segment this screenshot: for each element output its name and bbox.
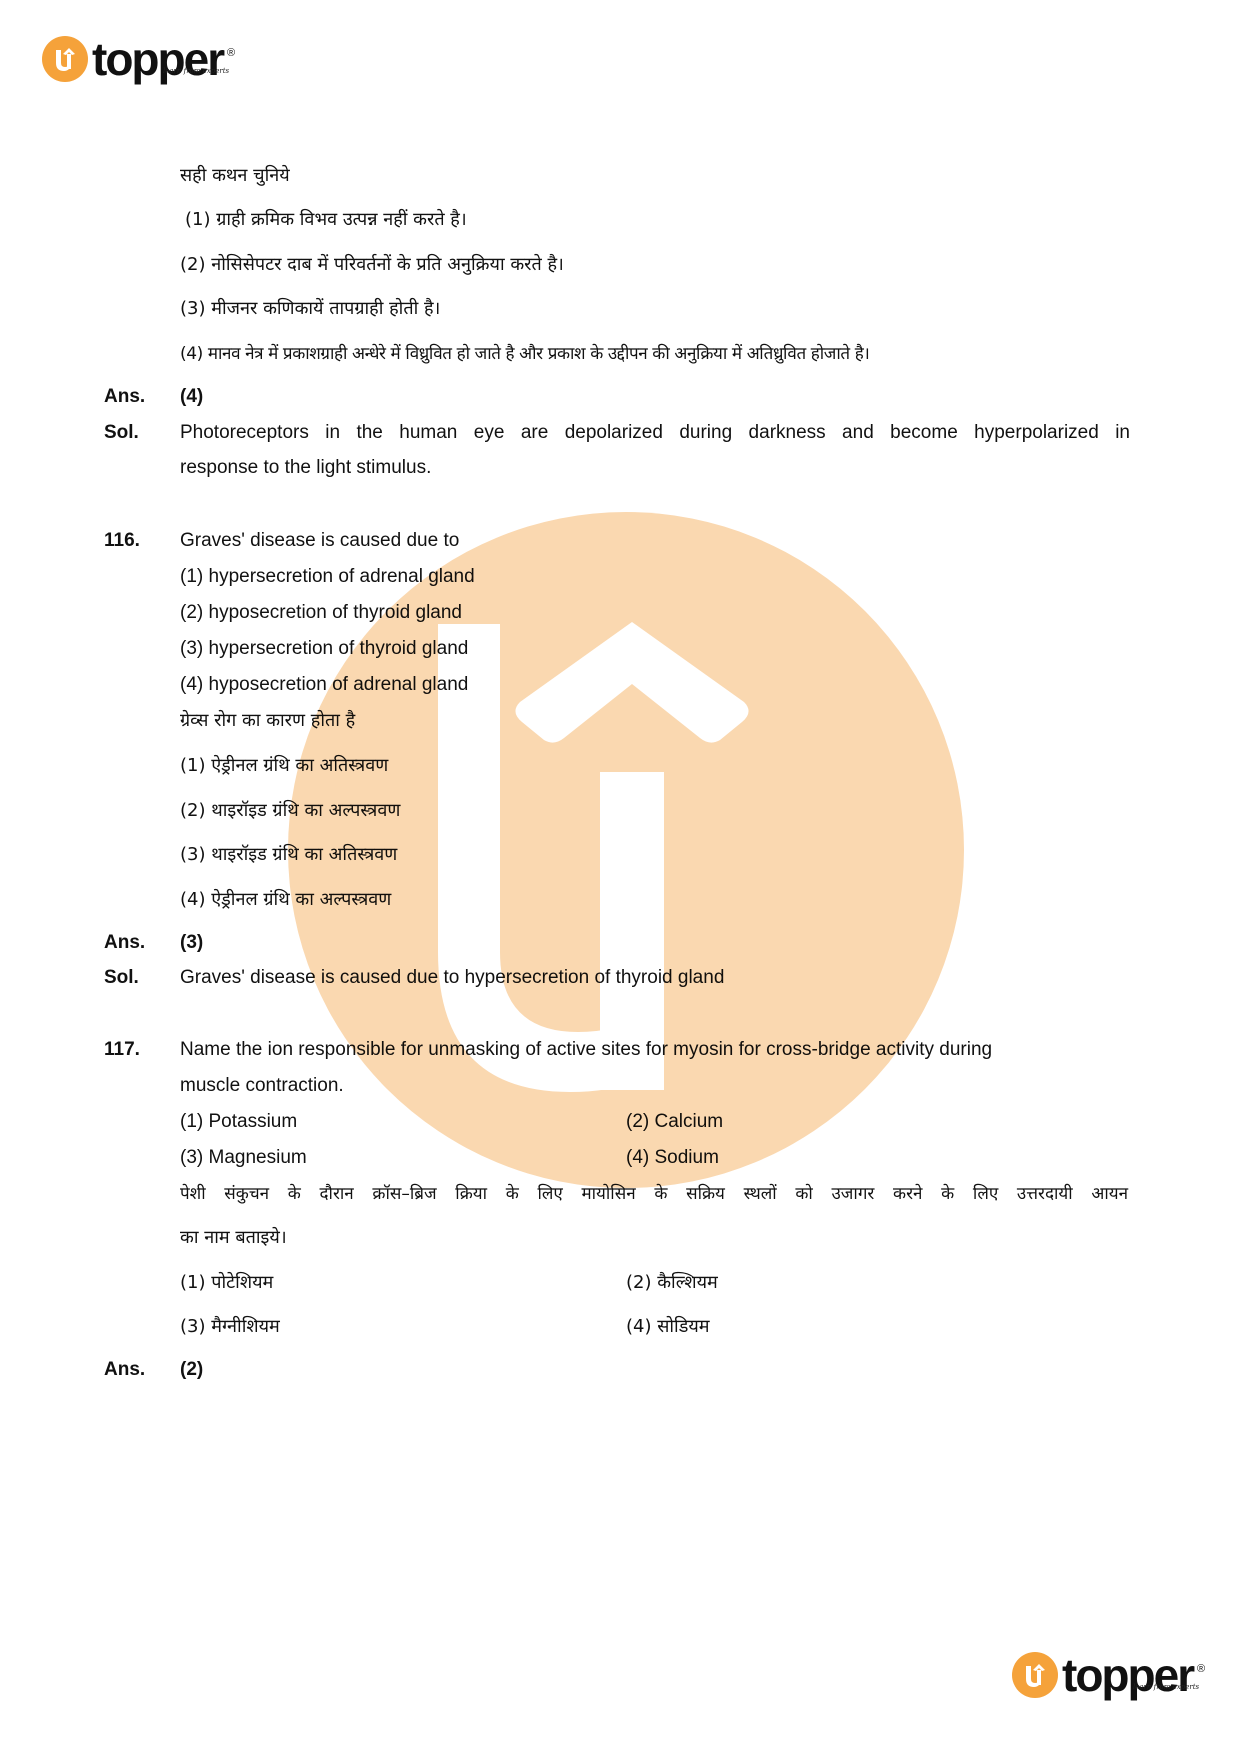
q116-solution: Graves' disease is caused due to hyperse…: [180, 966, 724, 990]
q115-answer: (4): [180, 385, 203, 409]
q117-ans-label: Ans.: [104, 1358, 145, 1382]
topper-u-arrow-icon: [42, 36, 88, 82]
q116-option-en-4: (4) hyposecretion of adrenal gland: [180, 673, 468, 697]
q117-option-hi-1: (1) पोटेशियम: [180, 1271, 273, 1295]
q117-option-en-2: (2) Calcium: [626, 1110, 723, 1134]
q116-question-hi: ग्रेव्स रोग का कारण होता है: [180, 709, 355, 733]
q115-option-hi-1: (1) ग्राही क्रमिक विभव उत्पन्न नहीं करते…: [185, 208, 467, 232]
q116-ans-label: Ans.: [104, 931, 145, 955]
q116-question-en: Graves' disease is caused due to: [180, 529, 459, 553]
q116-answer: (3): [180, 931, 203, 955]
topper-logo-header: topper®learn from experts: [42, 36, 223, 82]
q115-ans-label: Ans.: [104, 385, 145, 409]
q117-question-en-line-2: muscle contraction.: [180, 1074, 344, 1098]
document-page: सही कथन चुनिये (1) ग्राही क्रमिक विभव उत…: [0, 0, 1240, 1755]
q116-option-en-1: (1) hypersecretion of adrenal gland: [180, 565, 475, 589]
q115-solution-line-1: Photoreceptors in the human eye are depo…: [180, 421, 1130, 445]
q116-number: 116.: [104, 529, 140, 553]
brand-name: topper®learn from experts: [92, 36, 223, 82]
q117-number: 117.: [104, 1038, 140, 1062]
q117-option-hi-2: (2) कैल्शियम: [626, 1271, 718, 1295]
q116-option-hi-3: (3) थाइरॉइड ग्रंथि का अतिस्त्रवण: [180, 843, 397, 867]
q116-sol-label: Sol.: [104, 966, 139, 990]
q117-question-hi-line-1: पेशी संकुचन के दौरान क्रॉस–ब्रिज क्रिया …: [180, 1182, 1128, 1206]
q115-option-hi-4: (4) मानव नेत्र में प्रकाशग्राही अन्धेरे …: [180, 342, 869, 366]
q116-option-en-3: (3) hypersecretion of thyroid gland: [180, 637, 468, 661]
q115-prompt-hi: सही कथन चुनिये: [180, 164, 290, 188]
q116-option-hi-2: (2) थाइरॉइड ग्रंथि का अल्पस्त्रवण: [180, 799, 400, 823]
q117-option-hi-3: (3) मैग्नीशियम: [180, 1315, 280, 1339]
q117-answer: (2): [180, 1358, 203, 1382]
topper-u-arrow-icon: [1012, 1652, 1058, 1698]
q117-question-en-line-1: Name the ion responsible for unmasking o…: [180, 1038, 992, 1062]
q116-option-hi-1: (1) ऐड्रीनल ग्रंथि का अतिस्त्रवण: [180, 754, 388, 778]
q117-option-en-1: (1) Potassium: [180, 1110, 297, 1134]
q115-sol-label: Sol.: [104, 421, 139, 445]
q117-question-hi-line-2: का नाम बताइये।: [180, 1226, 287, 1250]
q117-option-en-3: (3) Magnesium: [180, 1146, 307, 1170]
q115-option-hi-2: (2) नोसिसेपटर दाब में परिवर्तनों के प्रत…: [180, 253, 564, 277]
q117-option-en-4: (4) Sodium: [626, 1146, 719, 1170]
q117-option-hi-4: (4) सोडियम: [626, 1315, 710, 1339]
brand-name: topper®learn from experts: [1062, 1652, 1193, 1698]
q115-option-hi-3: (3) मीजनर कणिकायें तापग्राही होती है।: [180, 297, 440, 321]
topper-logo-footer: topper®learn from experts: [1012, 1652, 1193, 1698]
q116-option-hi-4: (4) ऐड्रीनल ग्रंथि का अल्पस्त्रवण: [180, 888, 391, 912]
q116-option-en-2: (2) hyposecretion of thyroid gland: [180, 601, 462, 625]
q115-solution-line-2: response to the light stimulus.: [180, 456, 431, 480]
